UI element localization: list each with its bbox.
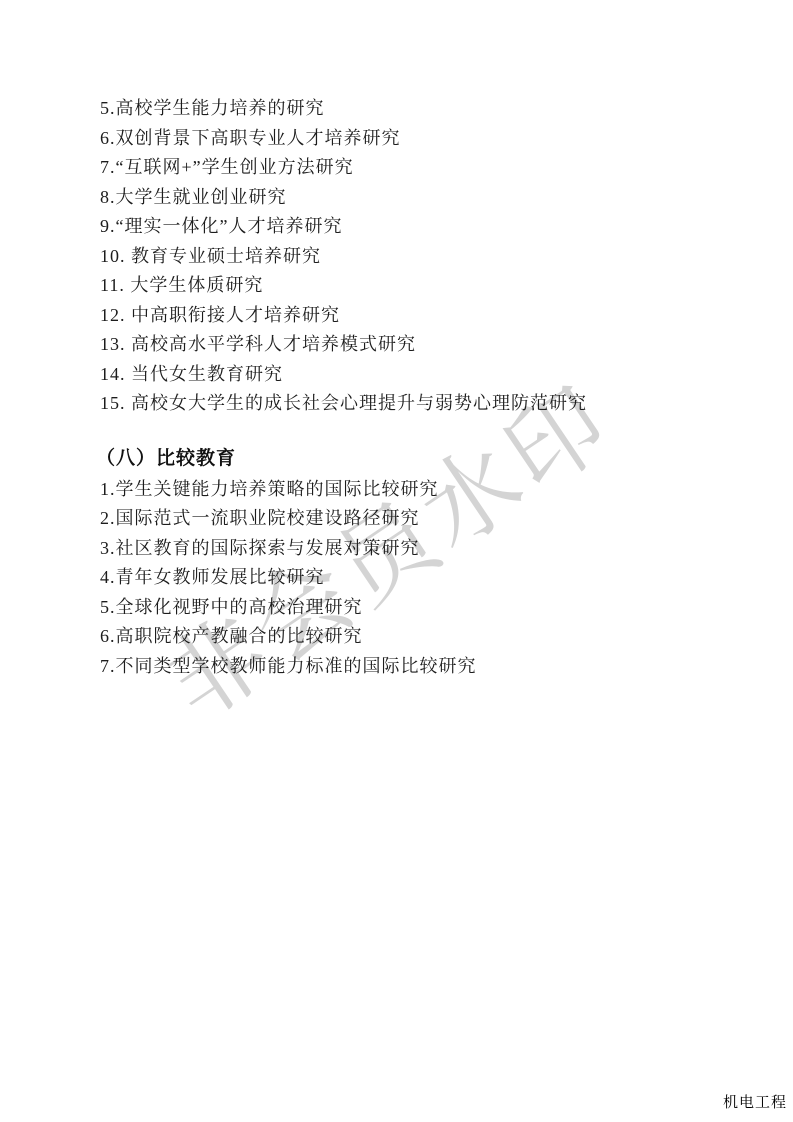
- document-page: 非会员水印 5.高校学生能力培养的研究 6.双创背景下高职专业人才培养研究 7.…: [0, 0, 793, 1122]
- topic-list-section-seven: 5.高校学生能力培养的研究 6.双创背景下高职专业人才培养研究 7.“互联网+”…: [100, 94, 720, 419]
- list-item: 7.不同类型学校教师能力标准的国际比较研究: [100, 652, 720, 682]
- list-item: 12. 中高职衔接人才培养研究: [100, 301, 720, 331]
- document-content: 5.高校学生能力培养的研究 6.双创背景下高职专业人才培养研究 7.“互联网+”…: [100, 94, 720, 681]
- list-item: 10. 教育专业硕士培养研究: [100, 242, 720, 272]
- list-item: 4.青年女教师发展比较研究: [100, 563, 720, 593]
- list-item: 6.高职院校产教融合的比较研究: [100, 622, 720, 652]
- topic-list-section-eight: 1.学生关键能力培养策略的国际比较研究 2.国际范式一流职业院校建设路径研究 3…: [100, 475, 720, 682]
- list-item: 13. 高校高水平学科人才培养模式研究: [100, 330, 720, 360]
- section-heading: （八）比较教育: [96, 443, 720, 475]
- list-item: 2.国际范式一流职业院校建设路径研究: [100, 504, 720, 534]
- list-item: 5.全球化视野中的高校治理研究: [100, 593, 720, 623]
- list-item: 11. 大学生体质研究: [100, 271, 720, 301]
- list-item: 15. 高校女大学生的成长社会心理提升与弱势心理防范研究: [100, 389, 720, 419]
- list-item: 1.学生关键能力培养策略的国际比较研究: [100, 475, 720, 505]
- list-item: 3.社区教育的国际探索与发展对策研究: [100, 534, 720, 564]
- list-item: 8.大学生就业创业研究: [100, 183, 720, 213]
- list-item: 14. 当代女生教育研究: [100, 360, 720, 390]
- list-item: 6.双创背景下高职专业人才培养研究: [100, 124, 720, 154]
- footer-label: 机电工程: [723, 1091, 787, 1112]
- list-item: 7.“互联网+”学生创业方法研究: [100, 153, 720, 183]
- list-item: 5.高校学生能力培养的研究: [100, 94, 720, 124]
- list-item: 9.“理实一体化”人才培养研究: [100, 212, 720, 242]
